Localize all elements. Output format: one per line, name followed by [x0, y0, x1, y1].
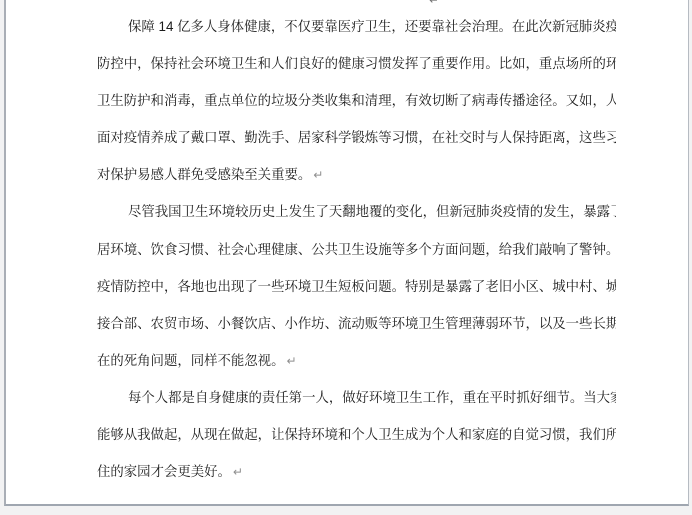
text-line: 尽管我国卫生环境较历史上发生了天翻地覆的变化，但新冠肺炎疫情的发生，暴露了人	[97, 193, 616, 230]
text-line: 疫情防控中，各地也出现了一些环境卫生短板问题。特别是暴露了老旧小区、城中村、城乡	[97, 268, 616, 305]
text-line: 在的死角问题，同样不能忽视。↵	[97, 342, 616, 379]
text-line: 卫生防护和消毒，重点单位的垃圾分类收集和清理，有效切断了病毒传播途径。又如，人们	[97, 82, 616, 119]
text-line: 面对疫情养成了戴口罩、勤洗手、居家科学锻炼等习惯，在社交时与人保持距离，这些习惯	[97, 119, 616, 156]
document-page: ↵ 保障 14 亿多人身体健康，不仅要靠医疗卫生，还要靠社会治理。在此次新冠肺炎…	[4, 0, 689, 506]
text-line: 保障 14 亿多人身体健康，不仅要靠医疗卫生，还要靠社会治理。在此次新冠肺炎疫情	[97, 8, 616, 45]
screenshot-canvas: { "document": { "paragraph_mark": "↵", "…	[0, 0, 692, 515]
text-line: 每个人都是自身健康的责任第一人，做好环境卫生工作，重在平时抓好细节。当大家都	[97, 379, 616, 416]
text-line: 防控中，保持社会环境卫生和人们良好的健康习惯发挥了重要作用。比如，重点场所的环境	[97, 45, 616, 82]
text-line: 住的家园才会更美好。↵	[97, 453, 616, 490]
text-line: 接合部、农贸市场、小餐饮店、小作坊、流动贩等环境卫生管理薄弱环节，以及一些长期存	[97, 305, 616, 342]
clipped-paragraph-mark: ↵	[429, 0, 439, 7]
paragraph-mark: ↵	[233, 465, 243, 479]
text-line: 居环境、饮食习惯、社会心理健康、公共卫生设施等多个方面问题，给我们敲响了警钟。在	[97, 231, 616, 268]
text-line: 能够从我做起，从现在做起，让保持环境和个人卫生成为个人和家庭的自觉习惯，我们所居	[97, 416, 616, 453]
text-line: 对保护易感人群免受感染至关重要。↵	[97, 156, 616, 193]
paragraph-mark: ↵	[313, 168, 323, 182]
document-body-text: 保障 14 亿多人身体健康，不仅要靠医疗卫生，还要靠社会治理。在此次新冠肺炎疫情…	[97, 8, 616, 490]
paragraph-mark: ↵	[286, 354, 296, 368]
